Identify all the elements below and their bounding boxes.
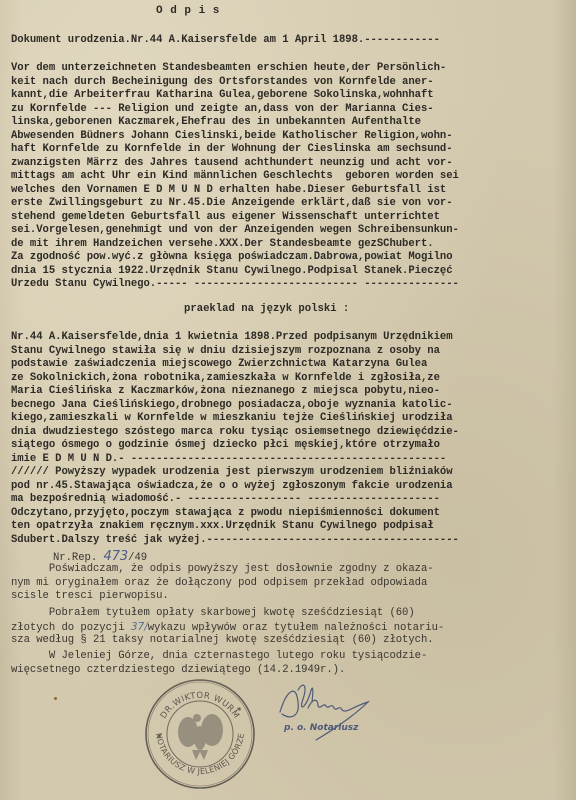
german-line: Vor dem unterzeichneten Standesbeamten e… [11, 62, 446, 76]
polish-line: Stanu Cywilnego stawiła się w dniu dzisi… [11, 345, 440, 359]
cert-line: W Jeleniej Górze, dnia czternastego lute… [11, 650, 427, 664]
polish-line: Odczytano,przyjęto,poczym stawająca z pw… [11, 507, 440, 521]
german-line: kannt,die Arbeiterfrau Katharina Gulea,g… [11, 89, 434, 103]
cert-line: nym mi oryginałem oraz że dołączony pod … [11, 577, 427, 591]
handwritten-rep-number: 473 [103, 549, 128, 564]
polish-line: kiego,zamieszkali w Kornfelde w mieszkan… [11, 412, 453, 426]
german-line: zu Kornfelde --- Religion und zeigte an,… [11, 103, 434, 117]
cert-line: Pobrałem tytułem opłaty skarbowej kwotę … [11, 607, 415, 621]
translation-heading: praeklad na język polski : [184, 303, 349, 315]
german-line: welches den Vornamen E D M U N D erhalte… [11, 184, 446, 198]
notary-signature [268, 672, 388, 752]
cert-line: sza według § 21 taksy notarialnej kwotę … [11, 634, 434, 648]
polish-line: podstawie zaświadczenia miejscowego Zwie… [11, 358, 427, 372]
german-line: linska,geborenen Kaczmarek,Ehefrau des i… [11, 116, 421, 130]
german-line: erste Zwillingsgeburt zu Nr.45.Die Anzei… [11, 197, 453, 211]
polish-line: ma bezpośrednią wiadomość.- ------------… [11, 493, 440, 507]
cert-line: złotych do pozycji 37/wykazu wpływów ora… [11, 621, 444, 636]
notary-stamp-eagle-icon: DR.WIKTOR WURM NOTARIUSZ W JELENIEJ GÓRZ… [144, 678, 256, 790]
german-line: Abwesenden Büdners Johann Cieslinski,bei… [11, 130, 453, 144]
document-page: O d p i s Dokument urodzenia.Nr.44 A.Kai… [0, 0, 576, 800]
signature-scribble-icon [268, 672, 388, 752]
polish-line: Nr.44 A.Kaisersfelde,dnia 1 kwietnia 189… [11, 331, 453, 345]
polish-line: ze Sokolnickich,żona robotnika,zamieszka… [11, 372, 440, 386]
polish-line: Maria Cieślińska z Kaczmarków,żona niezn… [11, 385, 440, 399]
german-line: haft Kornfelde zu Kornfelde in der Wohnu… [11, 143, 453, 157]
polish-line: pod nr.45.Stawająca oświadcza,że o o wyż… [11, 480, 453, 494]
polish-line: siątego ósmego o godzinie ósmej dziecko … [11, 439, 440, 453]
cert-line: scisle tresci pierwopisu. [11, 590, 169, 604]
svg-text:✱: ✱ [237, 706, 242, 714]
header-line: Dokument urodzenia.Nr.44 A.Kaisersfelde … [11, 34, 440, 48]
polish-line: ten opatrzyła znakiem ręcznym.xxx.Urzędn… [11, 520, 434, 534]
cert-line: Poświadczam, że odpis powyższy jest dosł… [11, 563, 434, 577]
german-line: keit nach durch Becheinigung des Ortsfor… [11, 76, 434, 90]
german-line: dnia 15 stycznia 1922.Urzędnik Stanu Cyw… [11, 265, 453, 279]
polish-line: imie E D M U N D.- ---------------------… [11, 453, 446, 467]
notary-stamp: DR.WIKTOR WURM NOTARIUSZ W JELENIEJ GÓRZ… [144, 678, 256, 790]
polish-line: ////// Powyższy wypadek urodzenia jest p… [11, 466, 453, 480]
polish-line: Sdubert.Dalszy treść jak wyżej.---------… [11, 534, 459, 548]
ink-blot [54, 697, 57, 700]
german-line: Urzedu Stanu Cywilnego.----- -----------… [11, 278, 459, 292]
polish-line: dnia dwudziestego szóstego marca roku ty… [11, 426, 459, 440]
german-line: sei.Vorgelesen,genehmigt und von der Anz… [11, 224, 459, 238]
german-line: Za zgodność pow.wyć.z głòwna księga pośw… [11, 251, 453, 265]
german-line: mittags am acht Uhr ein Kind männlichen … [11, 170, 459, 184]
handwritten-position-number: 37/ [131, 621, 148, 633]
document-title: O d p i s [156, 5, 220, 17]
german-line: stehend gemeldeten Geburtsfall aus eigen… [11, 211, 440, 225]
polish-line: becnego Jana Cieślińskiego,drobnego posi… [11, 399, 453, 413]
german-line: zwanzigsten Märrz des Jahres tausend ach… [11, 157, 453, 171]
signature-caption: p. o. Notariusz [284, 723, 358, 733]
german-line: de mit ihrem Handzeichen versehe.XXX.Der… [11, 238, 434, 252]
